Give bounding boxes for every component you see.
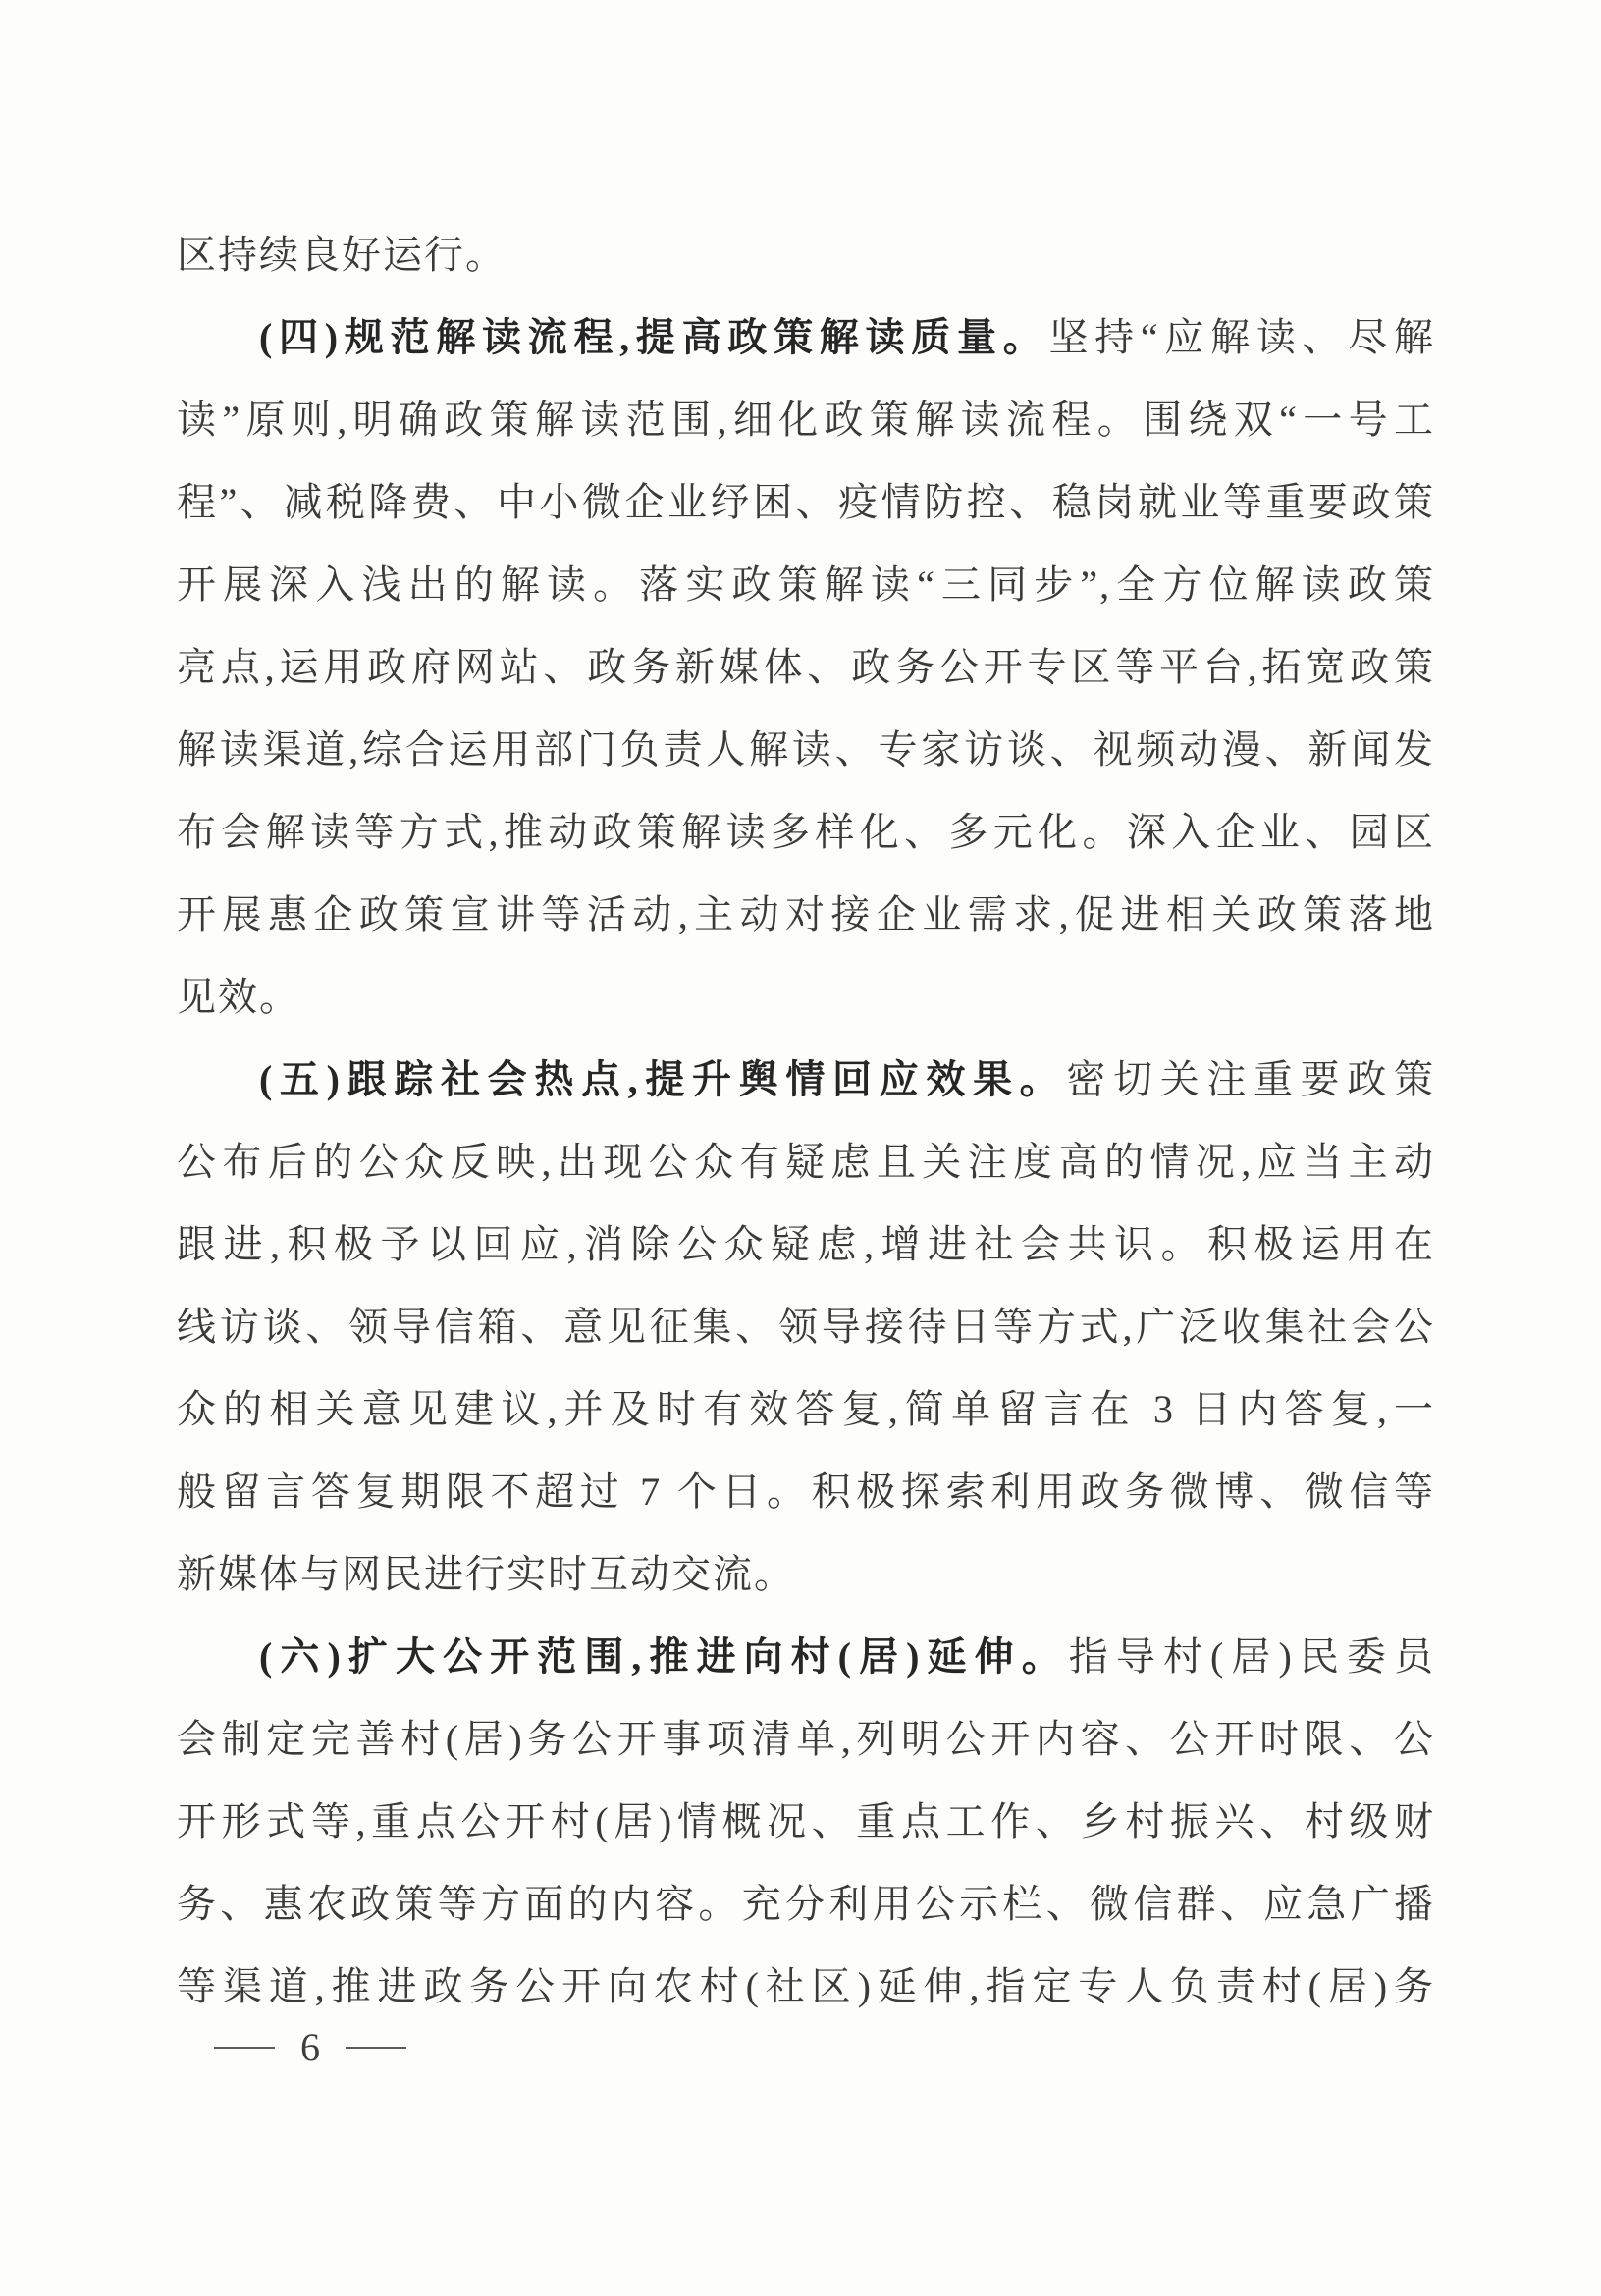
- document-body: 区持续良好运行。 (四)规范解读流程,提高政策解读质量。坚持“应解读、尽解 读”…: [177, 214, 1435, 2028]
- paragraph-text: 坚持“应解读、尽解: [1048, 315, 1435, 359]
- text-line: (六)扩大公开范围,推进向村(居)延伸。指导村(居)民委员: [177, 1616, 1435, 1698]
- paragraph-text: 新媒体与网民进行实时互动交流。: [177, 1552, 795, 1596]
- paragraph-text: 见效。: [177, 975, 300, 1019]
- paragraph-text: 等渠道,推进政务公开向农村(社区)延伸,指定专人负责村(居)务: [177, 1964, 1435, 2008]
- paragraph-heading: (四)规范解读流程,提高政策解读质量。: [259, 315, 1048, 359]
- paragraph-text: 程”、减税降费、中小微企业纾困、疫情防控、稳岗就业等重要政策: [177, 480, 1435, 524]
- paragraph-text: 开形式等,重点公开村(居)情概况、重点工作、乡村振兴、村级财: [177, 1799, 1435, 1843]
- text-line: (四)规范解读流程,提高政策解读质量。坚持“应解读、尽解: [177, 296, 1435, 379]
- paragraph-text: 密切关注重要政策: [1066, 1057, 1435, 1101]
- paragraph-text: 众的相关意见建议,并及时有效答复,简单留言在 3 日内答复,一: [177, 1387, 1435, 1431]
- paragraph-text: 线访谈、领导信箱、意见征集、领导接待日等方式,广泛收集社会公: [177, 1305, 1435, 1349]
- text-line: 开形式等,重点公开村(居)情概况、重点工作、乡村振兴、村级财: [177, 1781, 1435, 1863]
- page-number-right-dash: [346, 2047, 406, 2049]
- text-line: 般留言答复期限不超过 7 个日。积极探索利用政务微博、微信等: [177, 1451, 1435, 1533]
- paragraph-text: 读”原则,明确政策解读范围,细化政策解读流程。围绕双“一号工: [177, 398, 1435, 442]
- text-line: 务、惠农政策等方面的内容。充分利用公示栏、微信群、应急广播: [177, 1863, 1435, 1946]
- text-line: 开展深入浅出的解读。落实政策解读“三同步”,全方位解读政策: [177, 544, 1435, 626]
- text-line: 公布后的公众反映,出现公众有疑虑且关注度高的情况,应当主动: [177, 1121, 1435, 1203]
- text-line: (五)跟踪社会热点,提升舆情回应效果。密切关注重要政策: [177, 1039, 1435, 1121]
- paragraph-text: 开展深入浅出的解读。落实政策解读“三同步”,全方位解读政策: [177, 562, 1435, 607]
- text-line: 解读渠道,综合运用部门负责人解读、专家访谈、视频动漫、新闻发: [177, 709, 1435, 791]
- document-page: 区持续良好运行。 (四)规范解读流程,提高政策解读质量。坚持“应解读、尽解 读”…: [0, 0, 1601, 2296]
- text-line: 程”、减税降费、中小微企业纾困、疫情防控、稳岗就业等重要政策: [177, 461, 1435, 544]
- paragraph-text: 亮点,运用政府网站、政务新媒体、政务公开专区等平台,拓宽政策: [177, 645, 1435, 689]
- paragraph-text: 般留言答复期限不超过 7 个日。积极探索利用政务微博、微信等: [177, 1469, 1435, 1514]
- text-line: 新媒体与网民进行实时互动交流。: [177, 1533, 1435, 1616]
- text-line: 线访谈、领导信箱、意见征集、领导接待日等方式,广泛收集社会公: [177, 1286, 1435, 1368]
- paragraph-text: 解读渠道,综合运用部门负责人解读、专家访谈、视频动漫、新闻发: [177, 727, 1435, 772]
- text-line: 跟进,积极予以回应,消除公众疑虑,增进社会共识。积极运用在: [177, 1203, 1435, 1286]
- paragraph-text: 开展惠企政策宣讲等活动,主动对接企业需求,促进相关政策落地: [177, 892, 1435, 936]
- page-number-left-dash: [214, 2047, 275, 2049]
- paragraph-heading: (五)跟踪社会热点,提升舆情回应效果。: [259, 1057, 1066, 1101]
- text-line: 等渠道,推进政务公开向农村(社区)延伸,指定专人负责村(居)务: [177, 1946, 1435, 2028]
- paragraph-text: 布会解读等方式,推动政策解读多样化、多元化。深入企业、园区: [177, 810, 1435, 854]
- text-line: 开展惠企政策宣讲等活动,主动对接企业需求,促进相关政策落地: [177, 874, 1435, 956]
- paragraph-text: 跟进,积极予以回应,消除公众疑虑,增进社会共识。积极运用在: [177, 1222, 1435, 1266]
- paragraph-text: 公布后的公众反映,出现公众有疑虑且关注度高的情况,应当主动: [177, 1140, 1435, 1184]
- text-line: 区持续良好运行。: [177, 214, 1435, 296]
- paragraph-text: 会制定完善村(居)务公开事项清单,列明公开内容、公开时限、公: [177, 1717, 1435, 1761]
- text-line: 众的相关意见建议,并及时有效答复,简单留言在 3 日内答复,一: [177, 1368, 1435, 1451]
- page-number: 6: [300, 2018, 320, 2077]
- text-line: 亮点,运用政府网站、政务新媒体、政务公开专区等平台,拓宽政策: [177, 626, 1435, 709]
- text-line: 读”原则,明确政策解读范围,细化政策解读流程。围绕双“一号工: [177, 379, 1435, 461]
- text-line: 会制定完善村(居)务公开事项清单,列明公开内容、公开时限、公: [177, 1698, 1435, 1781]
- page-footer: 6: [214, 2018, 406, 2077]
- paragraph-text: 区持续良好运行。: [177, 233, 507, 277]
- paragraph-text: 指导村(居)民委员: [1069, 1634, 1435, 1679]
- paragraph-text: 务、惠农政策等方面的内容。充分利用公示栏、微信群、应急广播: [177, 1882, 1435, 1926]
- text-line: 布会解读等方式,推动政策解读多样化、多元化。深入企业、园区: [177, 791, 1435, 874]
- paragraph-heading: (六)扩大公开范围,推进向村(居)延伸。: [259, 1634, 1069, 1679]
- text-line: 见效。: [177, 956, 1435, 1039]
